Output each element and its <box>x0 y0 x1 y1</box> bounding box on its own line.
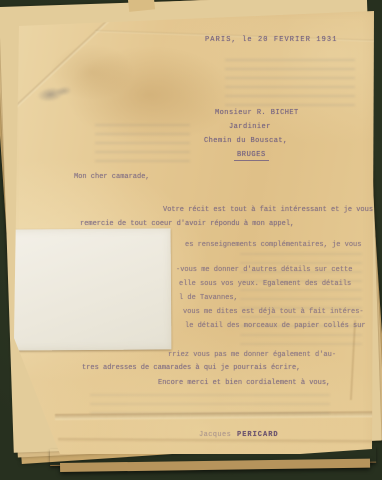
recipient-title: Jardinier <box>229 123 271 131</box>
body-line: tres adresses de camarades à qui je pour… <box>82 364 300 372</box>
signature-first-name: Jacques <box>199 431 231 439</box>
recipient-street: Chemin du Bouscat, <box>204 137 288 145</box>
ink-showthrough <box>95 118 190 162</box>
pencil-smudge <box>35 84 73 105</box>
ink-showthrough <box>240 250 362 345</box>
paper-crease <box>350 320 356 400</box>
body-fragment: le détail des morceaux de papier collés … <box>185 322 366 330</box>
body-line: Votre récit est tout à fait intéressant … <box>163 206 373 214</box>
recipient-city: BRUGES <box>234 151 269 161</box>
letter-page: PARIS, le 20 FEVRIER 1931 Monsieur R. BI… <box>0 0 382 480</box>
blank-paper-slip <box>6 228 172 350</box>
body-fragment: l de Tavannes, <box>179 294 238 302</box>
salutation: Mon cher camarade, <box>74 173 150 181</box>
ink-showthrough <box>225 58 355 106</box>
ink-showthrough <box>90 388 330 414</box>
body-fragment: rriez vous pas me donner également d'au- <box>168 351 336 359</box>
recipient-name: Monsieur R. BICHET <box>215 109 299 117</box>
signature-last-name: PERICARD <box>237 431 279 439</box>
body-fragment: elle sous vos yeux. Egalement des détail… <box>179 280 351 288</box>
body-fragment: -vous me donner d'autres détails sur cet… <box>176 266 352 274</box>
body-fragment: es renseignements complémentaires, je vo… <box>185 241 361 249</box>
body-line: remercie de tout coeur d'avoir répondu à… <box>80 220 294 228</box>
date-line: PARIS, le 20 FEVRIER 1931 <box>205 36 338 44</box>
paper-fold-shadow <box>55 411 375 420</box>
closing-line: Encore merci et bien cordialement à vous… <box>158 379 330 387</box>
scanned-letter-photo: PARIS, le 20 FEVRIER 1931 Monsieur R. BI… <box>0 0 382 480</box>
body-fragment: vous me dites est déjà tout à fait intér… <box>183 308 364 316</box>
